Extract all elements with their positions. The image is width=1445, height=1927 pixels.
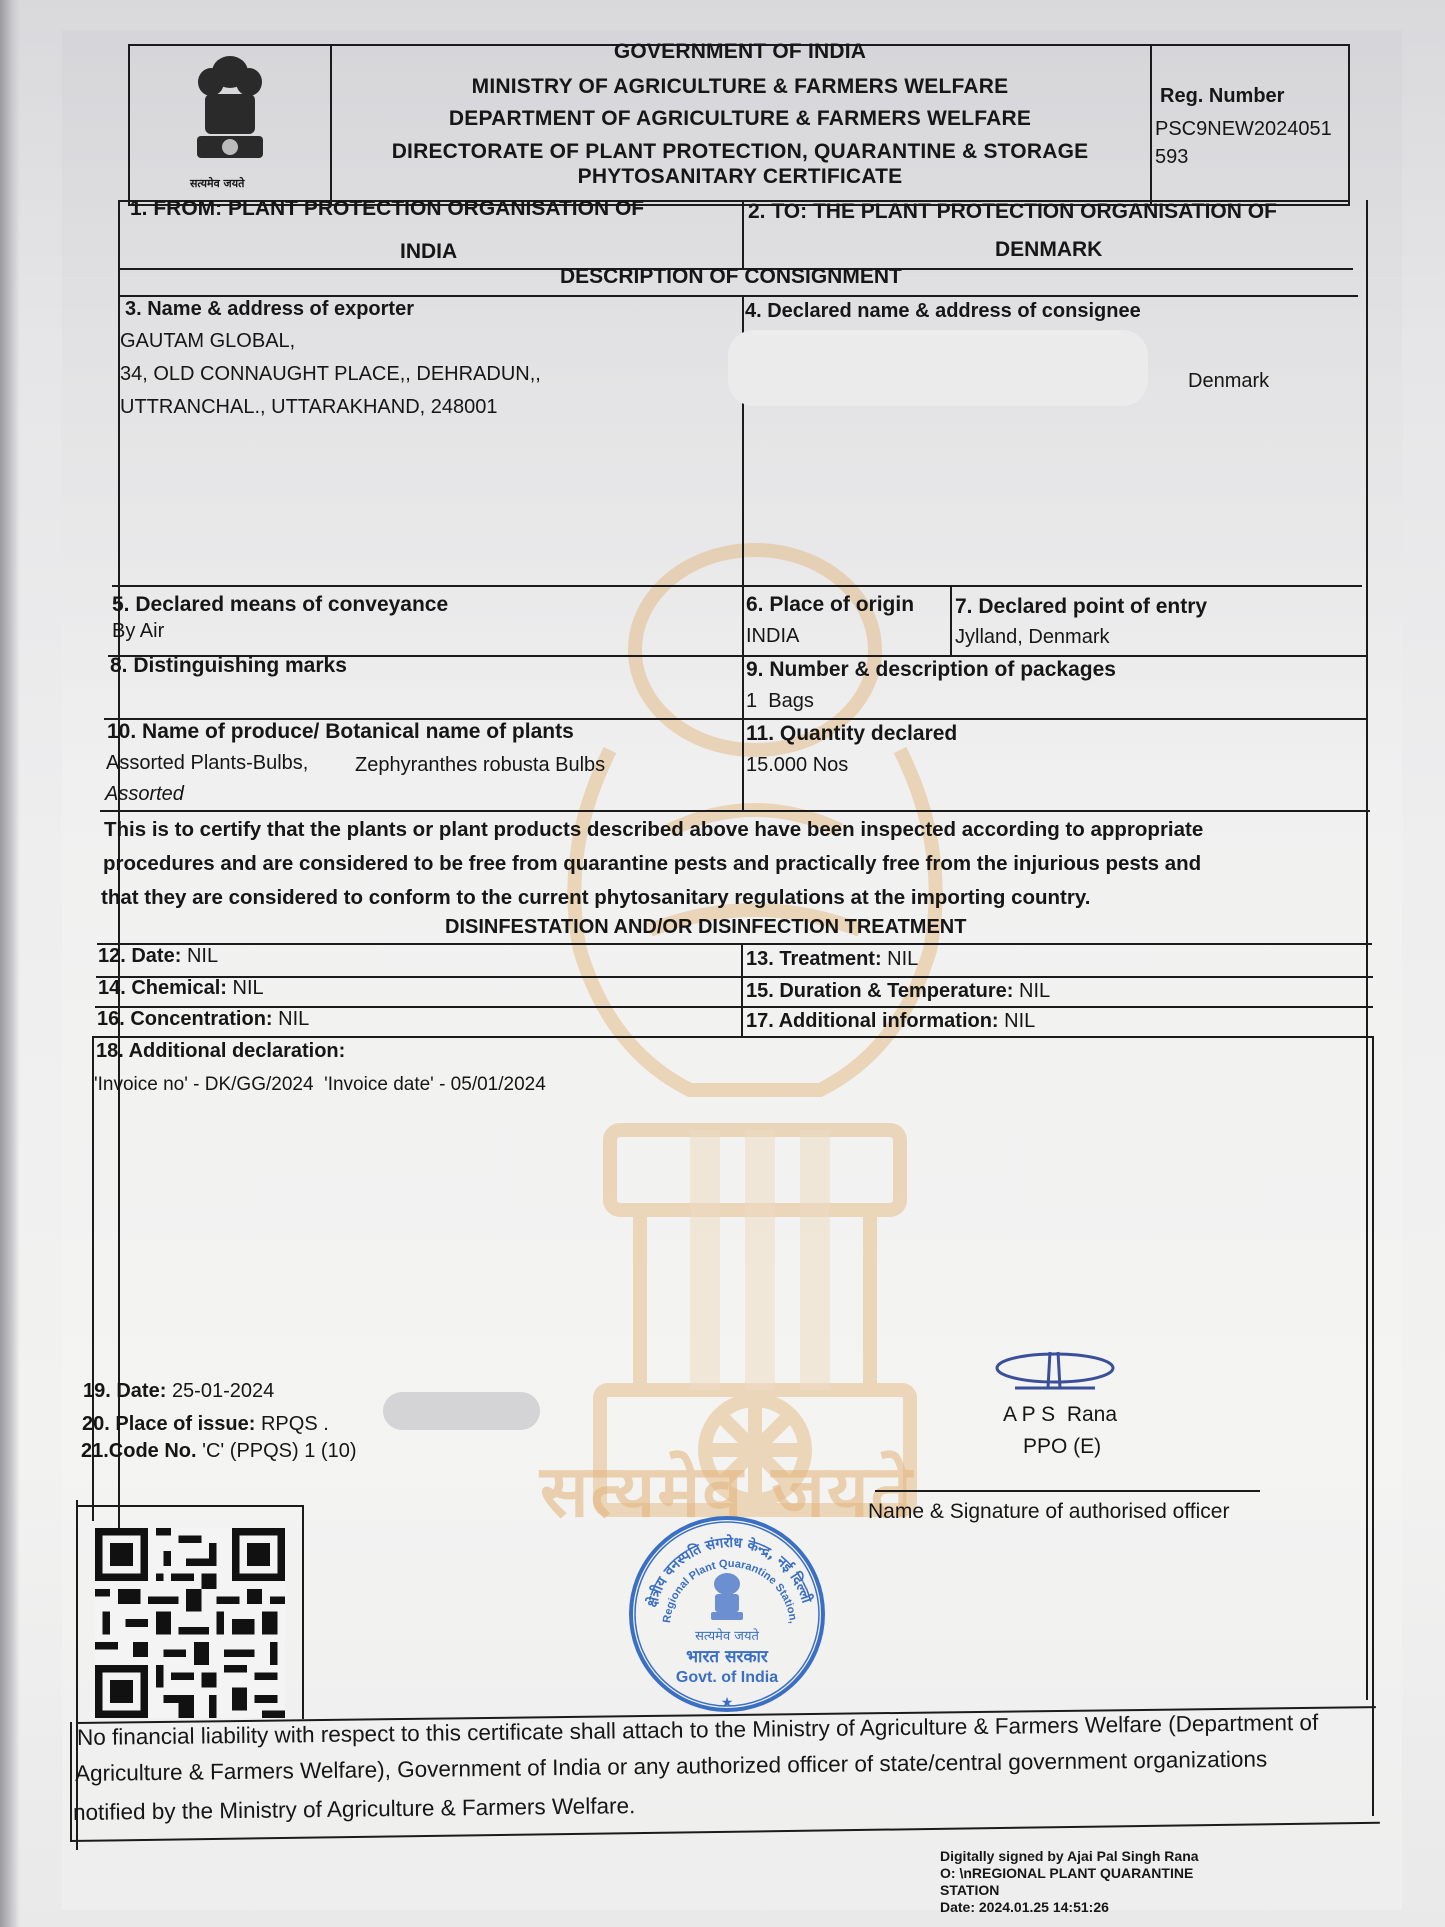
- official-seal-stamp-icon: क्षेत्रीय वनस्पति संगरोध केन्द्र, नई दिल…: [625, 1512, 830, 1717]
- distinguishing-marks-label: 8. Distinguishing marks: [110, 654, 347, 678]
- emblem-caption: सत्यमेव जयते: [190, 176, 244, 191]
- certification-text-line1: This is to certify that the plants or pl…: [104, 818, 1203, 842]
- exporter-address-line2: UTTRANCHAL., UTTARAKHAND, 248001: [120, 396, 498, 419]
- entry-point-value: Jylland, Denmark: [955, 626, 1110, 649]
- duration-label: 15. Duration & Temperature: NIL: [746, 980, 1050, 1003]
- stamp-motto: सत्यमेव जयते: [695, 1628, 759, 1644]
- additional-info-value: NIL: [1004, 1010, 1035, 1032]
- digital-signature-line2: O: \nREGIONAL PLANT QUARANTINE: [940, 1865, 1193, 1882]
- exporter-label: 3. Name & address of exporter: [125, 298, 414, 321]
- header-department: DEPARTMENT OF AGRICULTURE & FARMERS WELF…: [330, 107, 1150, 131]
- reg-number-label: Reg. Number: [1160, 85, 1284, 108]
- divider: [741, 943, 743, 1036]
- section-consignment-heading: DESCRIPTION OF CONSIGNMENT: [560, 265, 902, 289]
- consignee-redaction: [728, 330, 1148, 406]
- issue-date-label-text: 19. Date:: [83, 1380, 166, 1402]
- duration-value: NIL: [1019, 980, 1050, 1002]
- consignee-country: Denmark: [1188, 370, 1269, 393]
- issue-date-label: 19. Date: 25-01-2024: [83, 1380, 274, 1403]
- treatment-type-value: NIL: [887, 948, 918, 970]
- divider: [100, 810, 1370, 812]
- place-of-issue-value: RPQS .: [261, 1413, 329, 1435]
- document-title: PHYTOSANITARY CERTIFICATE: [330, 165, 1150, 189]
- treatment-type-label: 13. Treatment: NIL: [746, 948, 918, 971]
- botanical-name: Zephyranthes robusta Bulbs: [355, 754, 605, 777]
- digital-signature-line3: STATION: [940, 1882, 999, 1899]
- header-divider-right: [1150, 44, 1152, 206]
- divider: [118, 295, 1358, 297]
- stamp-hindi-govt: भारत सरकार: [686, 1647, 769, 1667]
- additional-info-label: 17. Additional information: NIL: [746, 1010, 1035, 1033]
- right-border-lower: [1372, 1036, 1374, 1816]
- concentration-label-text: 16. Concentration:: [97, 1008, 273, 1030]
- section-treatment-heading: DISINFESTATION AND/OR DISINFECTION TREAT…: [445, 916, 966, 939]
- divider: [742, 200, 744, 268]
- officer-name: A P S Rana: [1003, 1403, 1117, 1427]
- chemical-value: NIL: [233, 977, 264, 999]
- signature-line: [875, 1490, 1260, 1492]
- treatment-date-label-text: 12. Date:: [98, 945, 181, 967]
- conveyance-value: By Air: [112, 620, 164, 643]
- digital-signature-date: Date: 2024.01.25 14:51:26: [940, 1899, 1109, 1916]
- produce-value: Assorted Plants-Bulbs,: [106, 752, 308, 775]
- packages-label: 9. Number & description of packages: [746, 658, 1116, 682]
- to-value: DENMARK: [995, 238, 1102, 262]
- conveyance-label: 5. Declared means of conveyance: [112, 593, 448, 617]
- produce-note: Assorted: [105, 783, 184, 806]
- additional-declaration-value: 'Invoice no' - DK/GG/2024 'Invoice date'…: [94, 1074, 546, 1096]
- quantity-label: 11. Quantity declared: [746, 722, 957, 746]
- stamp-english-govt: Govt. of India: [676, 1669, 778, 1686]
- from-label: 1. FROM: PLANT PROTECTION ORGANISATION O…: [130, 197, 644, 221]
- divider: [96, 976, 1373, 978]
- from-value: INDIA: [400, 240, 457, 264]
- to-label: 2. TO: THE PLANT PROTECTION ORGANISATION…: [748, 200, 1277, 224]
- entry-point-label: 7. Declared point of entry: [955, 595, 1207, 619]
- certification-text-line2: procedures and are considered to be free…: [103, 852, 1201, 876]
- officer-signature-icon: [990, 1348, 1120, 1396]
- qr-code-icon[interactable]: [95, 1528, 285, 1718]
- origin-value: INDIA: [746, 625, 799, 648]
- place-of-issue-redaction: [383, 1392, 540, 1430]
- divider: [97, 943, 1372, 945]
- place-of-issue-label: 20. Place of issue: RPQS .: [82, 1413, 329, 1436]
- page-edge-shadow: [0, 0, 20, 1927]
- produce-label: 10. Name of produce/ Botanical name of p…: [107, 720, 574, 744]
- divider: [94, 1036, 1374, 1038]
- chemical-label-text: 14. Chemical:: [98, 977, 227, 999]
- code-no-label-text: 21.Code No.: [81, 1440, 197, 1462]
- digital-signature-line1: Digitally signed by Ajai Pal Singh Rana: [940, 1848, 1199, 1865]
- reg-number-value: PSC9NEW2024051: [1155, 118, 1332, 141]
- signature-caption: Name & Signature of authorised officer: [868, 1500, 1229, 1524]
- divider: [742, 718, 744, 810]
- additional-info-label-text: 17. Additional information:: [746, 1010, 999, 1032]
- exporter-address-line1: 34, OLD CONNAUGHT PLACE,, DEHRADUN,,: [120, 363, 541, 386]
- divider: [950, 585, 952, 657]
- consignee-label: 4. Declared name & address of consignee: [745, 300, 1141, 323]
- duration-label-text: 15. Duration & Temperature:: [746, 980, 1013, 1002]
- chemical-label: 14. Chemical: NIL: [98, 977, 264, 1000]
- code-no-label: 21.Code No. 'C' (PPQS) 1 (10): [81, 1440, 356, 1463]
- divider: [112, 585, 1362, 587]
- concentration-value: NIL: [278, 1008, 309, 1030]
- origin-label: 6. Place of origin: [746, 593, 914, 617]
- reg-number-value-cont: 593: [1155, 146, 1188, 169]
- treatment-date-value: NIL: [187, 945, 218, 967]
- issue-date-value: 25-01-2024: [172, 1380, 274, 1402]
- code-no-value: 'C' (PPQS) 1 (10): [202, 1440, 356, 1462]
- treatment-date-label: 12. Date: NIL: [98, 945, 218, 968]
- place-of-issue-label-text: 20. Place of issue:: [82, 1413, 255, 1435]
- certification-text-line3: that they are considered to conform to t…: [101, 886, 1090, 910]
- header-government: GOVERNMENT OF INDIA: [330, 40, 1150, 64]
- header-directorate: DIRECTORATE OF PLANT PROTECTION, QUARANT…: [330, 140, 1150, 164]
- officer-designation: PPO (E): [1023, 1435, 1101, 1459]
- treatment-type-label-text: 13. Treatment:: [746, 948, 882, 970]
- additional-declaration-label: 18. Additional declaration:: [96, 1040, 345, 1063]
- svg-text:★: ★: [721, 1694, 734, 1710]
- footer-left-border: [70, 1722, 72, 1842]
- exporter-name: GAUTAM GLOBAL,: [120, 330, 295, 353]
- ashoka-emblem-icon: [185, 50, 275, 170]
- quantity-value: 15.000 Nos: [746, 754, 848, 777]
- packages-value: 1 Bags: [746, 690, 814, 713]
- concentration-label: 16. Concentration: NIL: [97, 1008, 309, 1031]
- header-ministry: MINISTRY OF AGRICULTURE & FARMERS WELFAR…: [330, 75, 1150, 99]
